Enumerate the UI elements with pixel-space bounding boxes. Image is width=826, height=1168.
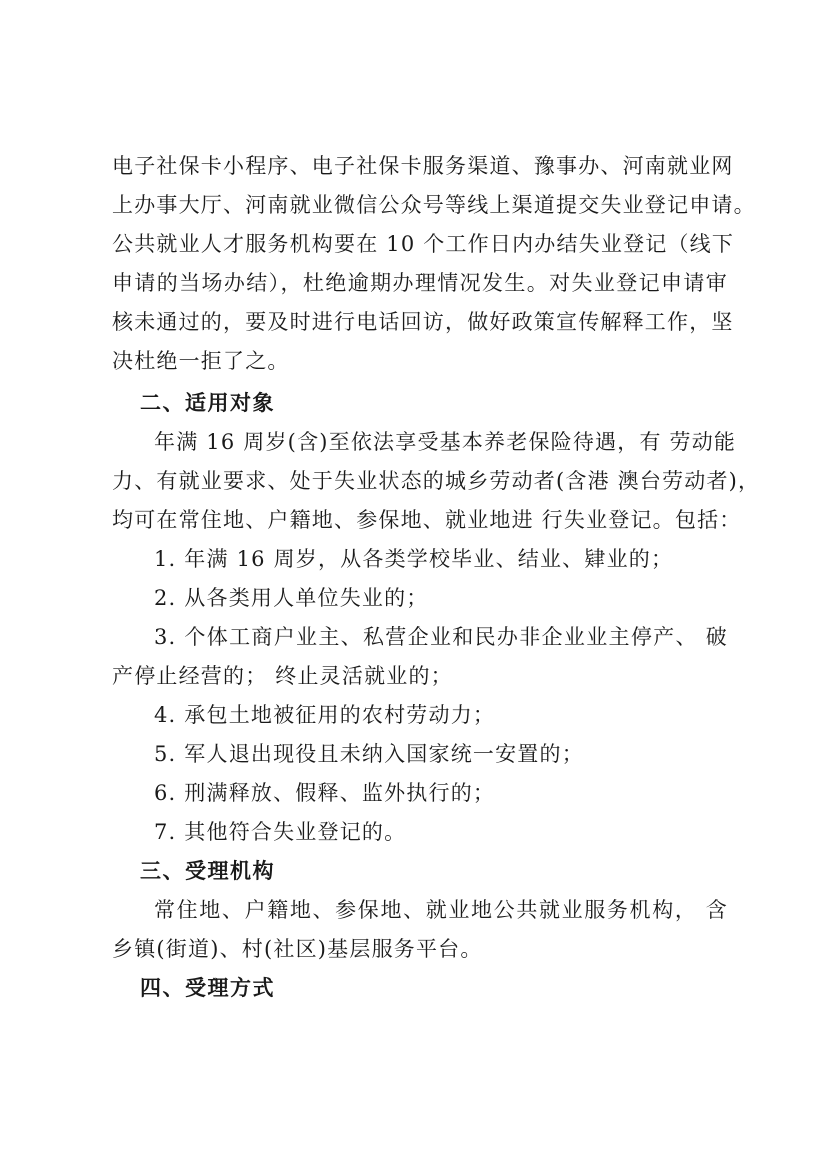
document-page: 电子社保卡小程序、电子社保卡服务渠道、豫事办、河南就业网 上办事大厅、河南就业微… [0,0,826,1168]
paragraph-line: 乡镇(街道)、村(社区)基层服务平台。 [112,935,728,963]
paragraph-line: 常住地、户籍地、参保地、就业地公共就业服务机构， 含 [154,896,728,924]
paragraph-line: 年满 16 周岁(含)至依法享受基本养老保险待遇，有 劳动能 [154,428,728,456]
paragraph-line: 电子社保卡小程序、电子社保卡服务渠道、豫事办、河南就业网 [112,152,728,180]
list-item-continuation: 产停止经营的； 终止灵活就业的； [112,662,728,690]
paragraph-line: 决杜绝一拒了之。 [112,347,728,375]
list-item: 3. 个体工商户业主、私营企业和民办非企业业主停产、 破 [154,623,728,651]
list-item: 2. 从各类用人单位失业的； [154,584,728,612]
list-item: 5. 军人退出现役且未纳入国家统一安置的； [154,740,728,768]
list-item: 4. 承包土地被征用的农村劳动力； [154,701,728,729]
paragraph-line: 均可在常住地、户籍地、参保地、就业地进 行失业登记。包括： [112,506,728,534]
paragraph-line: 核未通过的，要及时进行电话回访，做好政策宣传解释工作，坚 [112,308,728,336]
list-item: 7. 其他符合失业登记的。 [154,818,728,846]
section-heading-applicable-persons: 二、适用对象 [140,389,756,417]
section-heading-accepting-agencies: 三、受理机构 [140,857,756,885]
list-item: 6. 刑满释放、假释、监外执行的； [154,779,728,807]
paragraph-line: 力、有就业要求、处于失业状态的城乡劳动者(含港 澳台劳动者)， [112,467,728,495]
paragraph-line: 申请的当场办结），杜绝逾期办理情况发生。对失业登记申请审 [112,269,728,297]
list-item: 1. 年满 16 周岁，从各类学校毕业、结业、肄业的； [154,545,728,573]
section-heading-acceptance-method: 四、受理方式 [140,974,756,1002]
paragraph-line: 上办事大厅、河南就业微信公众号等线上渠道提交失业登记申请。 [112,191,728,219]
paragraph-line: 公共就业人才服务机构要在 10 个工作日内办结失业登记（线下 [112,230,728,258]
